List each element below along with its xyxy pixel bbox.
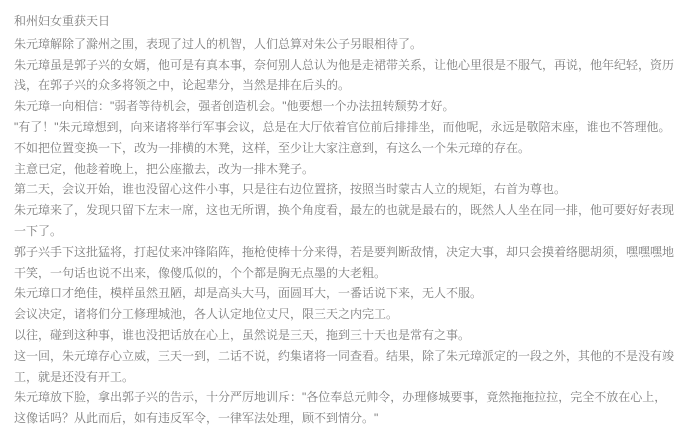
- article-paragraph-7: 第二天，会议开始，谁也没留心这件小事，只是往右边位置挤，按照当时蒙古人立的规矩，…: [14, 179, 674, 200]
- article-paragraph-13: 这一回，朱元璋存心立威，三天一到，二话不说，约集诸将一同查看。结果，除了朱元璋派…: [14, 346, 674, 388]
- document-page: 和州妇女重获天日 朱元璋解除了滁州之围，表现了过人的机智，人们总算对朱公子另眼相…: [0, 0, 700, 432]
- article-paragraph-5: 不如把位置变换一下，改为一排横的木凳，这样，至少让大家注意到，有这么一个朱元璋的…: [14, 138, 674, 159]
- article-paragraph-9: 郭子兴手下这批猛将，打起仗来冲锋陷阵，拖枪使棒十分来得，若是要判断敌情，决定大事…: [14, 242, 674, 284]
- article-title: 和州妇女重获天日: [14, 11, 674, 32]
- article-paragraph-10: 朱元璋口才绝佳，模样虽然丑陋，却是高头大马，面圆耳大，一番话说下来，无人不服。: [14, 283, 674, 304]
- article-paragraph-14: 朱元璋放下脸，拿出郭子兴的告示，十分严厉地训斥："各位奉总元帅令，办理修城要事，…: [14, 387, 674, 429]
- article-paragraph-3: 朱元璋一向相信："弱者等待机会，强者创造机会。"他要想一个办法扭转颓势才好。: [14, 96, 674, 117]
- article-paragraph-12: 以往，碰到这种事，谁也没把话放在心上，虽然说是三天，拖到三十天也是常有之事。: [14, 325, 674, 346]
- article-paragraph-8: 朱元璋来了，发现只留下左末一席，这也无所谓，换个角度看，最左的也就是最右的，既然…: [14, 200, 674, 242]
- article-paragraph-1: 朱元璋解除了滁州之围，表现了过人的机智，人们总算对朱公子另眼相待了。: [14, 34, 674, 55]
- article-paragraph-6: 主意已定，他趁着晚上，把公座撤去，改为一排木凳子。: [14, 159, 674, 180]
- article-paragraph-4: "有了！"朱元璋想到，向来诸将举行军事会议，总是在大厅依着官位前后排排坐，而他呢…: [14, 117, 674, 138]
- article-paragraph-2: 朱元璋虽是郭子兴的女婿，他可是有真本事，奈何别人总认为他是走裙带关系，让他心里很…: [14, 55, 674, 97]
- article-paragraph-11: 会议决定，诸将们分工修理城池，各人认定地位丈尺，限三天之内完工。: [14, 304, 674, 325]
- article-body: 朱元璋解除了滁州之围，表现了过人的机智，人们总算对朱公子另眼相待了。朱元璋虽是郭…: [14, 34, 674, 429]
